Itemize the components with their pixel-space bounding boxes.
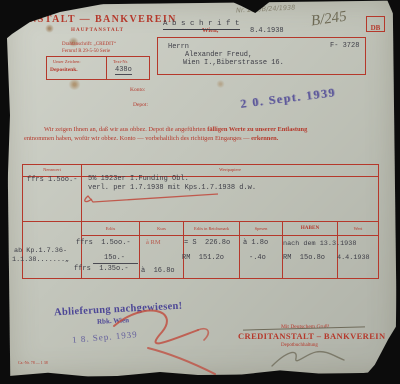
reference-value: Depositenk. [50, 67, 78, 73]
body-line2-bold: erkennen. [251, 135, 278, 142]
reference-box: Unser Zeichen: Depositenk. Text-Nr. 438o [46, 56, 150, 80]
copy-heading: A b s c h r i f t [163, 20, 240, 30]
row2-wert: 4.4.1938 [337, 254, 370, 262]
header-kurs: Kurs [140, 226, 183, 231]
body-line-1: Wir zeigen Ihnen an, daß wir aus obbez. … [44, 126, 307, 133]
nominal-value: ffrs 1.5oo.- [27, 176, 77, 184]
db-stamp-text: DB [371, 24, 381, 32]
reference-box-divider [106, 57, 107, 79]
margin-note-line1: ab Kp.1.7.36- [14, 247, 67, 255]
row2-haben: RM 15o.8o [283, 254, 325, 262]
red-pencil-signature [100, 290, 235, 380]
row1-spesen: à 1.8o [243, 239, 268, 247]
body-line1-normal: Wir zeigen Ihnen an, daß wir aus obbez. … [44, 126, 207, 133]
paper-stain [216, 80, 225, 88]
header-wert: Wert [338, 226, 378, 231]
row1-kurs: à RM [146, 239, 161, 246]
address-salutation: Herrn [168, 43, 189, 51]
phone-line: Fernruf R 29-5-50 Serie [62, 49, 110, 54]
header-erloes-reichsmark: Erlös in Reichsmark [184, 226, 239, 231]
row2-spesen: -.4o [249, 254, 266, 262]
row1-haben-wert: nach dem 13.3.1938 [283, 240, 356, 248]
row2-erloes: 15o.- [104, 254, 125, 262]
security-line-1: 5% 1923er I.Funding Obl. [88, 175, 189, 183]
address-street: Wien I.,Biberstrasse 16. [183, 59, 284, 67]
row2-erloes-underline [93, 263, 138, 264]
footer-bank-name: CREDITANSTALT – BANKVEREIN [238, 331, 386, 341]
body-line-2: entnommen haben, wofür wir obbez. Konto … [24, 135, 278, 142]
db-stamp-box: DB [366, 16, 385, 32]
reference-label: Unser Zeichen: [53, 59, 81, 64]
row2-erloes-rm: RM 151.2o [182, 254, 224, 262]
settlement-header-rule [82, 235, 378, 236]
row3-erloes: ffrs 1.35o.- [74, 265, 129, 273]
row1-erloes: ffrs 1.5oo.- [76, 239, 131, 247]
header-erloes: Erlös [82, 226, 139, 231]
nominal-header: Nennwert [23, 167, 81, 172]
text-nr-value: 438o [115, 66, 132, 75]
account-ref: F- 3728 [330, 42, 359, 50]
margin-note-line2: 1.1.38.......„ [12, 256, 69, 264]
address-box: F- 3728 Herrn Alexander Freud, Wien I.,B… [157, 37, 366, 75]
header-spesen: Spesen [240, 226, 282, 231]
body-line1-bold: fälligen Werte zu unserer Entlastung [207, 126, 307, 133]
bank-branch-label: HAUPTANSTALT [71, 28, 124, 33]
form-number: Ca.-Nr. 78 — 1 38 [18, 360, 48, 365]
text-nr-label: Text-Nr. [113, 59, 128, 64]
typed-date: 8.4.1938 [250, 27, 284, 35]
red-check-underline [80, 190, 225, 206]
body-line2-normal: entnommen haben, wofür wir obbez. Konto … [24, 135, 251, 142]
securities-header: Wertpapiere [82, 167, 378, 172]
konto-label: Konto: [130, 87, 145, 93]
depot-label: Depot: [133, 102, 148, 108]
paper-stain [68, 79, 81, 90]
row1-erloes-rm: = S 226.8o [184, 239, 230, 247]
paper-stain [45, 24, 54, 33]
scanned-letter: { "colors": { "paper": "#c7cabf", "print… [0, 0, 400, 384]
cable-address-line: Drahtanschrift: „CREDIT“ [62, 42, 116, 47]
address-name: Alexander Freud, [185, 51, 252, 59]
pencil-signature [268, 344, 348, 370]
header-haben: HABEN [283, 225, 337, 231]
row3-kurs: à 16.8o [141, 267, 175, 275]
